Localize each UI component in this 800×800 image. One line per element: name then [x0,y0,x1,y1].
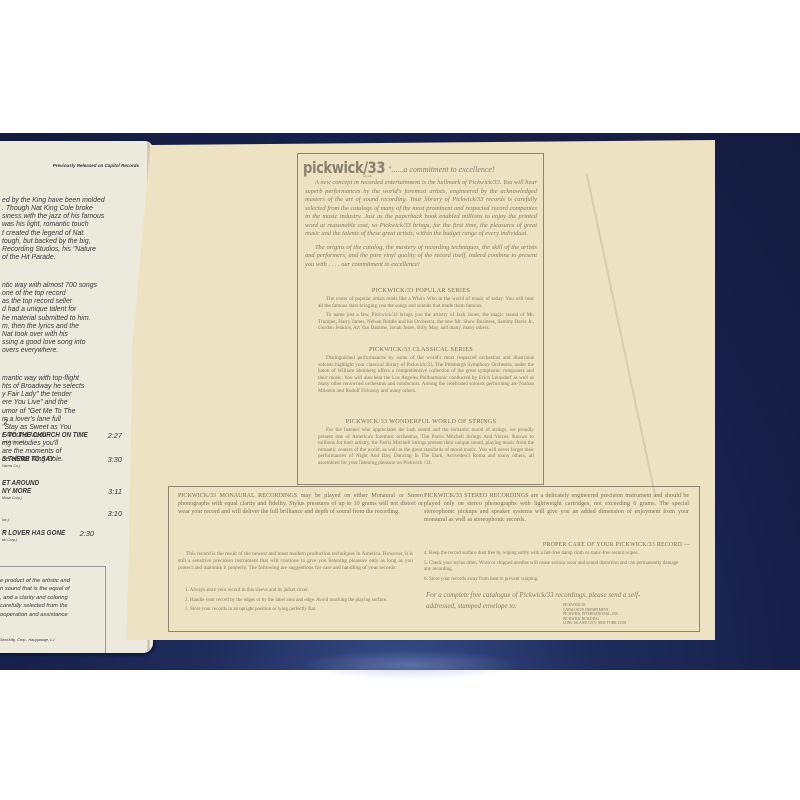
care-item: 5. Check your stylus often. Worn or chip… [424,561,686,574]
track-list: E TO THE CHURCH ON TIME2:27pell & Co., I… [2,431,122,553]
tagline: "......a commitment to excellence! [388,165,495,174]
track-item: R LOVER HAS GONE2:30sic Corp.) [2,529,122,553]
section-strings: For the listener who appreciates the lus… [318,427,534,470]
care-item: 2. Handle your record by the edges or by… [185,598,413,605]
section-classical: Distinguished performances by some of th… [318,355,534,398]
side-label: 2 [4,419,8,426]
care-heading: PROPER CARE OF YOUR PICKWICK/33 RECORD — [300,542,690,548]
jacket-box-text: e product of the artistic and n sound th… [0,577,70,619]
stereo-text: PICKWICK/33 STEREO RECORDINGS are a deli… [424,492,689,524]
care-item: 1. Always store your record in this slee… [185,588,413,595]
care-intro: This record is the result of the newest … [178,551,413,571]
track-item: ET AROUND NY MORE3:11Music Corp.) [2,479,122,509]
care-list-right: 4. Keep the record surface dust free by … [424,551,686,586]
track-item: E TO THE CHURCH ON TIME2:27pell & Co., I… [2,431,122,455]
jacket-credit: Previously Released on Capitol Records [53,163,139,168]
care-list-left: 1. Always store your record in this slee… [185,588,413,617]
intro-paragraph: A new concept in recorded entertainment … [305,179,537,239]
intro-paragraph: The origins of the catalog, the mastery … [305,244,537,270]
pickwick-logo: pickwick/33 [303,158,385,177]
logo-subtext: records [363,174,372,178]
intro-text: A new concept in recorded entertainment … [305,179,537,274]
care-item: 4. Keep the record surface dust free by … [424,551,686,558]
track-item: 3:10Inc.) [2,509,122,529]
light-glare [300,650,520,680]
monaural-text: PICKWICK/33 MONAURAL RECORDINGS may be p… [178,492,423,516]
mailing-address: PICKWICK/33 CATALOGUE DEPARTMENT PICKWIC… [563,603,626,626]
section-heading-popular: PICKWICK/33 POPULAR SERIES [305,287,537,294]
track-item: S THERE TO SAY3:30Harms Co.) [2,455,122,479]
manufacturer: Seal Mfg. Corp., Hauppauge, L.I. [0,638,56,642]
care-item: 3. Store your records in an upright posi… [185,607,413,614]
care-item: 6. Store your records away from heat to … [424,577,686,584]
section-heading-strings: PICKWICK/33 WONDERFUL WORLD OF STRINGS [305,418,537,425]
section-popular: The roster of popular artists reads like… [318,296,534,335]
liner-para-2: ntic way with almost 700 songs one of th… [2,282,142,355]
liner-para-1: ed by the King have been molded . Though… [2,197,142,262]
section-heading-classical: PICKWICK/33 CLASSICAL SERIES [305,346,537,353]
